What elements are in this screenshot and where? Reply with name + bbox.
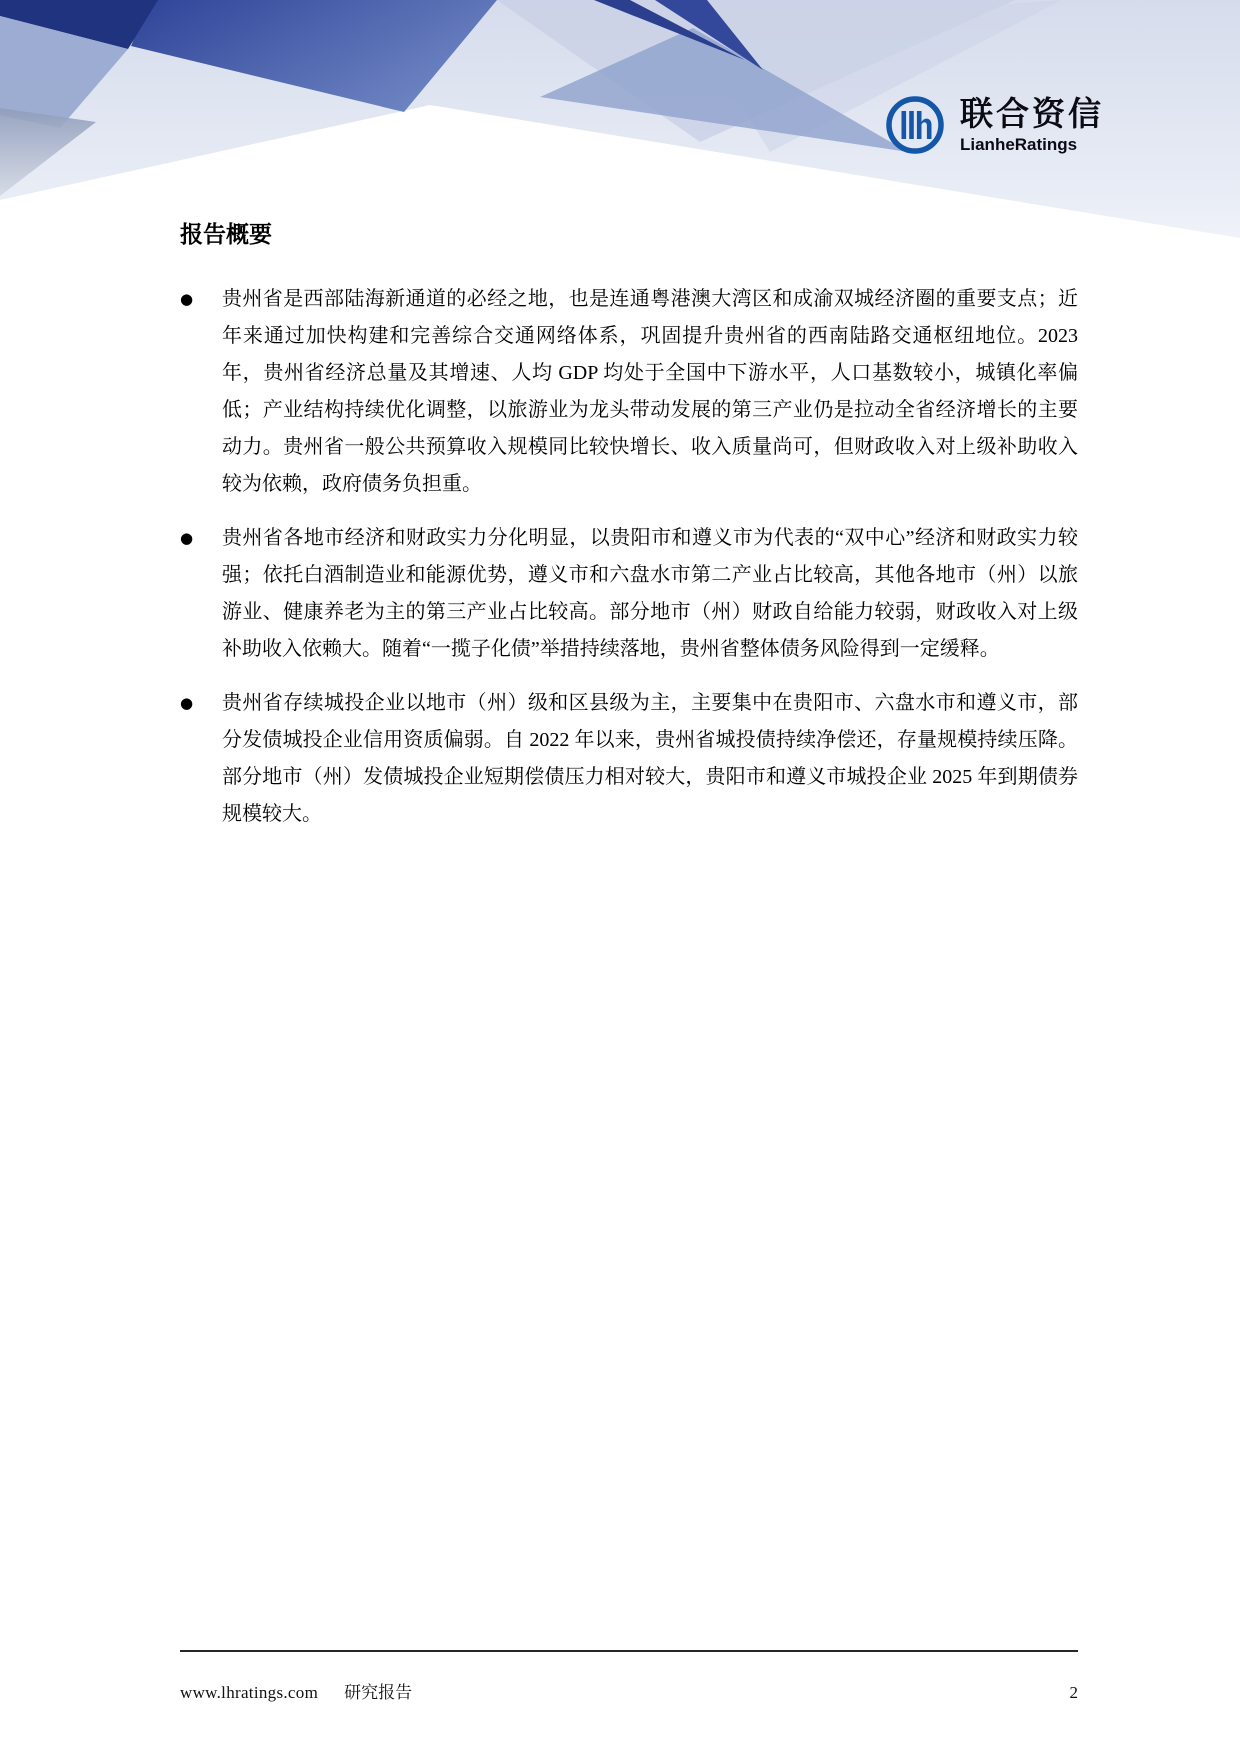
footer-divider (180, 1650, 1078, 1652)
page-footer: www.lhratings.com 研究报告 2 (180, 1650, 1078, 1703)
footer-doc-type: 研究报告 (344, 1678, 412, 1703)
logo-name-chinese: 联合资信 (960, 97, 1104, 130)
report-page: 联合资信 LianheRatings 报告概要 ● 贵州省是西部陆海新通道的必经… (0, 0, 1240, 1754)
summary-bullet-2: ● 贵州省各地市经济和财政实力分化明显，以贵阳市和遵义市为代表的“双中心”经济和… (180, 520, 1078, 668)
lianhe-logo: 联合资信 LianheRatings (884, 94, 1104, 156)
section-title: 报告概要 (180, 216, 1078, 249)
lianhe-logo-lh-circle-icon (884, 94, 946, 156)
summary-bullet-2-text: 贵州省各地市经济和财政实力分化明显，以贵阳市和遵义市为代表的“双中心”经济和财政… (222, 520, 1078, 668)
logo-name-english: LianheRatings (960, 136, 1104, 153)
footer-page-number: 2 (1070, 1683, 1079, 1703)
lianhe-logo-wordmark: 联合资信 LianheRatings (960, 97, 1104, 153)
footer-website-link[interactable]: www.lhratings.com (180, 1683, 318, 1703)
bullet-marker-icon: ● (180, 281, 222, 503)
summary-bullet-3: ● 贵州省存续城投企业以地市（州）级和区县级为主，主要集中在贵阳市、六盘水市和遵… (180, 685, 1078, 833)
bullet-marker-icon: ● (180, 685, 222, 833)
summary-bullet-3-text: 贵州省存续城投企业以地市（州）级和区县级为主，主要集中在贵阳市、六盘水市和遵义市… (222, 685, 1078, 833)
summary-bullet-1-text: 贵州省是西部陆海新通道的必经之地，也是连通粤港澳大湾区和成渝双城经济圈的重要支点… (222, 281, 1078, 503)
report-summary-section: 报告概要 ● 贵州省是西部陆海新通道的必经之地，也是连通粤港澳大湾区和成渝双城经… (180, 216, 1078, 850)
summary-bullet-1: ● 贵州省是西部陆海新通道的必经之地，也是连通粤港澳大湾区和成渝双城经济圈的重要… (180, 281, 1078, 503)
footer-row: www.lhratings.com 研究报告 2 (180, 1678, 1078, 1703)
bullet-marker-icon: ● (180, 520, 222, 668)
